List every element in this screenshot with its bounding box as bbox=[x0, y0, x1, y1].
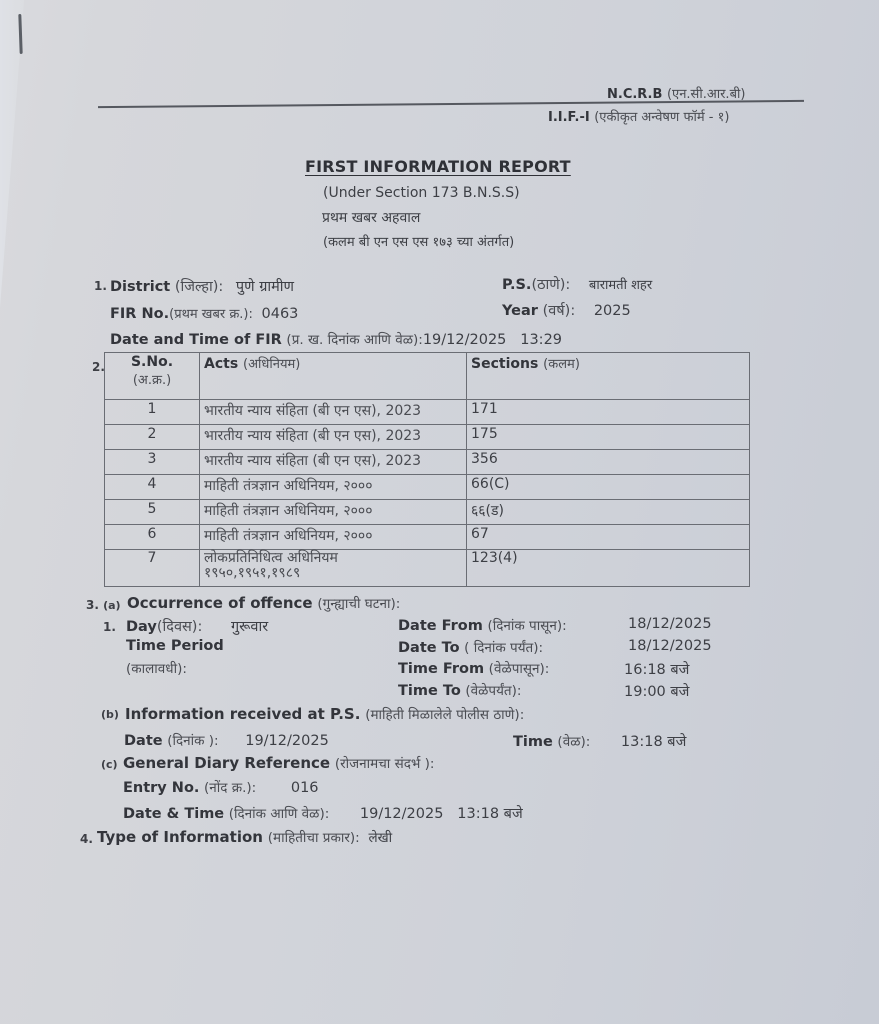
cell-act: माहिती तंत्रज्ञान अधिनियम, २००० bbox=[200, 475, 467, 500]
gd-datetime-label-hi: (दिनांक आणि वेळ): bbox=[229, 806, 330, 822]
column-header-sections-en: Sections bbox=[471, 356, 538, 372]
iif-label: I.I.F.-I bbox=[548, 110, 590, 125]
page-title: FIRST INFORMATION REPORT bbox=[305, 157, 571, 176]
gd-datetime-value: 19/12/2025 13:18 बजे bbox=[360, 806, 523, 822]
time-to-field: Time To (वेळेपर्यंत): bbox=[398, 681, 521, 699]
time-to-label-hi: (वेळेपर्यंत): bbox=[465, 683, 521, 699]
time-period-label-hi: (कालावधी): bbox=[126, 659, 187, 677]
cell-section: 171 bbox=[467, 400, 750, 425]
cell-sno: 7 bbox=[105, 550, 200, 587]
fir-no-value: 0463 bbox=[262, 306, 299, 322]
fir-no-label-hi: (प्रथम खबर क्र.): bbox=[169, 307, 253, 322]
district-field: District (जिल्हा): पुणे ग्रामीण bbox=[110, 276, 294, 296]
gd-reference-heading-en: General Diary Reference bbox=[123, 754, 330, 772]
info-received-time-label-hi: (वेळ): bbox=[557, 734, 590, 750]
act-name: लोकप्रतिनिधित्व अधिनियम bbox=[204, 550, 338, 566]
info-received-date-field: Date (दिनांक ): 19/12/2025 bbox=[124, 731, 329, 749]
cell-section: ६६(ड) bbox=[467, 500, 750, 525]
cell-section: 175 bbox=[467, 425, 750, 450]
occurrence-heading: Occurrence of offence (गुन्ह्याची घटना): bbox=[127, 594, 400, 612]
cell-act: भारतीय न्याय संहिता (बी एन एस), 2023 bbox=[200, 425, 467, 450]
gd-entry-value: 016 bbox=[291, 780, 319, 796]
occurrence-heading-en: Occurrence of offence bbox=[127, 594, 313, 612]
section-3c-marker: (c) bbox=[101, 758, 118, 771]
section-1-number: 1. bbox=[94, 279, 107, 293]
table-row: 3भारतीय न्याय संहिता (बी एन एस), 2023356 bbox=[105, 450, 750, 475]
act-name: माहिती तंत्रज्ञान अधिनियम, २००० bbox=[204, 503, 372, 519]
act-name: माहिती तंत्रज्ञान अधिनियम, २००० bbox=[204, 478, 372, 494]
info-type-value: लेखी bbox=[368, 830, 392, 846]
district-value: पुणे ग्रामीण bbox=[236, 279, 294, 295]
table-row: 5माहिती तंत्रज्ञान अधिनियम, २०००६६(ड) bbox=[105, 500, 750, 525]
info-received-date-label-hi: (दिनांक ): bbox=[167, 733, 218, 749]
info-received-heading: Information received at P.S. (माहिती मिळ… bbox=[125, 705, 524, 723]
year-value: 2025 bbox=[594, 303, 631, 319]
date-from-label: Date From bbox=[398, 618, 483, 634]
cell-section: 67 bbox=[467, 525, 750, 550]
section-3a-marker: (a) bbox=[103, 599, 120, 612]
gd-entry-label-hi: (नोंद क्र.): bbox=[204, 780, 256, 796]
occurrence-heading-hi: (गुन्ह्याची घटना): bbox=[317, 596, 400, 612]
day-label: Day bbox=[126, 619, 157, 635]
year-field: Year (वर्ष): 2025 bbox=[502, 300, 631, 320]
time-to-label: Time To bbox=[398, 683, 461, 699]
date-from-label-hi: (दिनांक पासून): bbox=[487, 618, 566, 634]
title-hindi: प्रथम खबर अहवाल bbox=[322, 208, 420, 227]
act-name: भारतीय न्याय संहिता (बी एन एस), 2023 bbox=[204, 453, 421, 469]
cell-act: माहिती तंत्रज्ञान अधिनियम, २००० bbox=[200, 500, 467, 525]
gd-datetime-field: Date & Time (दिनांक आणि वेळ): 19/12/2025… bbox=[123, 803, 523, 823]
cell-act: लोकप्रतिनिधित्व अधिनियम१९५०,१९५१,१९८९ bbox=[200, 550, 467, 587]
title-under-section-hindi: (कलम बी एन एस एस १७३ च्या अंतर्गत) bbox=[323, 232, 514, 250]
cell-sno: 4 bbox=[105, 475, 200, 500]
cell-sno: 1 bbox=[105, 400, 200, 425]
gd-reference-heading: General Diary Reference (रोजनामचा संदर्भ… bbox=[123, 754, 434, 772]
column-header-acts-en: Acts bbox=[204, 356, 238, 372]
section-4-number: 4. bbox=[80, 832, 93, 846]
act-name: माहिती तंत्रज्ञान अधिनियम, २००० bbox=[204, 528, 372, 544]
time-from-field: Time From (वेळेपासून): bbox=[398, 659, 549, 677]
ps-label: P.S. bbox=[502, 277, 531, 293]
column-header-sno-en: S.No. bbox=[131, 354, 173, 370]
date-to-label-hi: ( दिनांक पर्यंत): bbox=[464, 640, 543, 656]
time-from-label: Time From bbox=[398, 661, 484, 677]
fir-datetime-label: Date and Time of FIR bbox=[110, 332, 282, 348]
info-received-date-value: 19/12/2025 bbox=[245, 733, 329, 749]
gd-reference-heading-hi: (रोजनामचा संदर्भ ): bbox=[335, 756, 435, 772]
time-from-label-hi: (वेळेपासून): bbox=[489, 661, 550, 677]
gd-entry-label: Entry No. bbox=[123, 780, 199, 796]
section-3-num: 3. bbox=[86, 598, 99, 612]
column-header-sno: S.No. (अ.क्र.) bbox=[105, 353, 200, 400]
year-label-hi: (वर्ष): bbox=[543, 303, 576, 319]
info-received-heading-en: Information received at P.S. bbox=[125, 705, 360, 723]
info-received-time-label: Time bbox=[513, 734, 553, 750]
table-row: 1भारतीय न्याय संहिता (बी एन एस), 2023171 bbox=[105, 400, 750, 425]
column-header-acts: Acts (अधिनियम) bbox=[200, 353, 467, 400]
table-row: 2भारतीय न्याय संहिता (बी एन एस), 2023175 bbox=[105, 425, 750, 450]
date-to-label: Date To bbox=[398, 640, 460, 656]
cell-section: 66(C) bbox=[467, 475, 750, 500]
table-row: 4माहिती तंत्रज्ञान अधिनियम, २०००66(C) bbox=[105, 475, 750, 500]
info-received-date-label: Date bbox=[124, 733, 163, 749]
fir-no-field: FIR No.(प्रथम खबर क्र.): 0463 bbox=[110, 304, 298, 322]
act-years: १९५०,१९५१,१९८९ bbox=[204, 565, 300, 581]
fir-datetime-value: 19/12/2025 13:29 bbox=[423, 332, 562, 348]
day-field: Day(दिवस): गुरूवार bbox=[126, 616, 268, 636]
act-name: भारतीय न्याय संहिता (बी एन एस), 2023 bbox=[204, 403, 421, 419]
year-label: Year bbox=[502, 303, 538, 319]
info-type-label-hi: (माहितीचा प्रकार): bbox=[268, 830, 360, 846]
date-from-field: Date From (दिनांक पासून): bbox=[398, 616, 567, 634]
fir-datetime-label-hi: (प्र. ख. दिनांक आणि वेळ): bbox=[286, 332, 422, 348]
info-received-heading-hi: (माहिती मिळालेले पोलीस ठाणे): bbox=[365, 707, 524, 723]
column-header-sections-hi: (कलम) bbox=[543, 357, 580, 372]
title-under-section: (Under Section 173 B.N.S.S) bbox=[323, 185, 520, 201]
iif-label-hi: (एकीकृत अन्वेषण फॉर्म - १) bbox=[594, 110, 729, 125]
time-period-label: Time Period bbox=[126, 638, 224, 654]
ps-value: बारामती शहर bbox=[589, 278, 652, 293]
cell-section: 123(4) bbox=[467, 550, 750, 587]
cell-sno: 3 bbox=[105, 450, 200, 475]
ps-label-hi: (ठाणे): bbox=[531, 277, 570, 293]
occurrence-item-number: 1. bbox=[103, 620, 116, 634]
cell-sno: 5 bbox=[105, 500, 200, 525]
info-type-label: Type of Information bbox=[97, 828, 263, 846]
info-received-time-field: Time (वेळ): 13:18 बजे bbox=[513, 731, 686, 751]
gd-entry-field: Entry No. (नोंद क्र.): 016 bbox=[123, 778, 319, 796]
cell-sno: 2 bbox=[105, 425, 200, 450]
section-3-number: 3. (a) bbox=[86, 598, 121, 612]
fir-no-label: FIR No. bbox=[110, 306, 169, 322]
district-label-hi: (जिल्हा): bbox=[175, 279, 223, 295]
district-label: District bbox=[110, 279, 170, 295]
date-to-value: 18/12/2025 bbox=[628, 638, 712, 654]
cell-act: भारतीय न्याय संहिता (बी एन एस), 2023 bbox=[200, 400, 467, 425]
table-row: 6माहिती तंत्रज्ञान अधिनियम, २०००67 bbox=[105, 525, 750, 550]
table-header-row: S.No. (अ.क्र.) Acts (अधिनियम) Sections (… bbox=[105, 353, 750, 400]
ps-field: P.S.(ठाणे): बारामती शहर bbox=[502, 274, 652, 294]
cell-act: माहिती तंत्रज्ञान अधिनियम, २००० bbox=[200, 525, 467, 550]
ncrb-label: N.C.R.B bbox=[607, 87, 662, 102]
fir-datetime-field: Date and Time of FIR (प्र. ख. दिनांक आणि… bbox=[110, 330, 562, 348]
time-to-value: 19:00 बजे bbox=[624, 681, 689, 701]
info-type-field: Type of Information (माहितीचा प्रकार): ल… bbox=[97, 828, 392, 846]
day-label-hi: (दिवस): bbox=[157, 619, 203, 635]
acts-sections-table: S.No. (अ.क्र.) Acts (अधिनियम) Sections (… bbox=[104, 352, 750, 587]
section-2-number: 2. bbox=[92, 360, 105, 374]
time-from-value: 16:18 बजे bbox=[624, 659, 689, 679]
info-received-time-value: 13:18 बजे bbox=[621, 734, 686, 750]
day-value: गुरूवार bbox=[231, 619, 268, 635]
gd-datetime-label: Date & Time bbox=[123, 806, 224, 822]
column-header-sno-hi: (अ.क्र.) bbox=[133, 373, 171, 388]
table-row: 7लोकप्रतिनिधित्व अधिनियम१९५०,१९५१,१९८९12… bbox=[105, 550, 750, 587]
cell-sno: 6 bbox=[105, 525, 200, 550]
column-header-acts-hi: (अधिनियम) bbox=[243, 357, 300, 372]
date-from-value: 18/12/2025 bbox=[628, 616, 712, 632]
act-name: भारतीय न्याय संहिता (बी एन एस), 2023 bbox=[204, 428, 421, 444]
iif-header: I.I.F.-I (एकीकृत अन्वेषण फॉर्म - १) bbox=[548, 107, 729, 125]
column-header-sections: Sections (कलम) bbox=[467, 353, 750, 400]
ncrb-header: N.C.R.B (एन.सी.आर.बी) bbox=[607, 84, 745, 102]
cell-act: भारतीय न्याय संहिता (बी एन एस), 2023 bbox=[200, 450, 467, 475]
section-3b-marker: (b) bbox=[101, 708, 119, 721]
cell-section: 356 bbox=[467, 450, 750, 475]
date-to-field: Date To ( दिनांक पर्यंत): bbox=[398, 638, 543, 656]
